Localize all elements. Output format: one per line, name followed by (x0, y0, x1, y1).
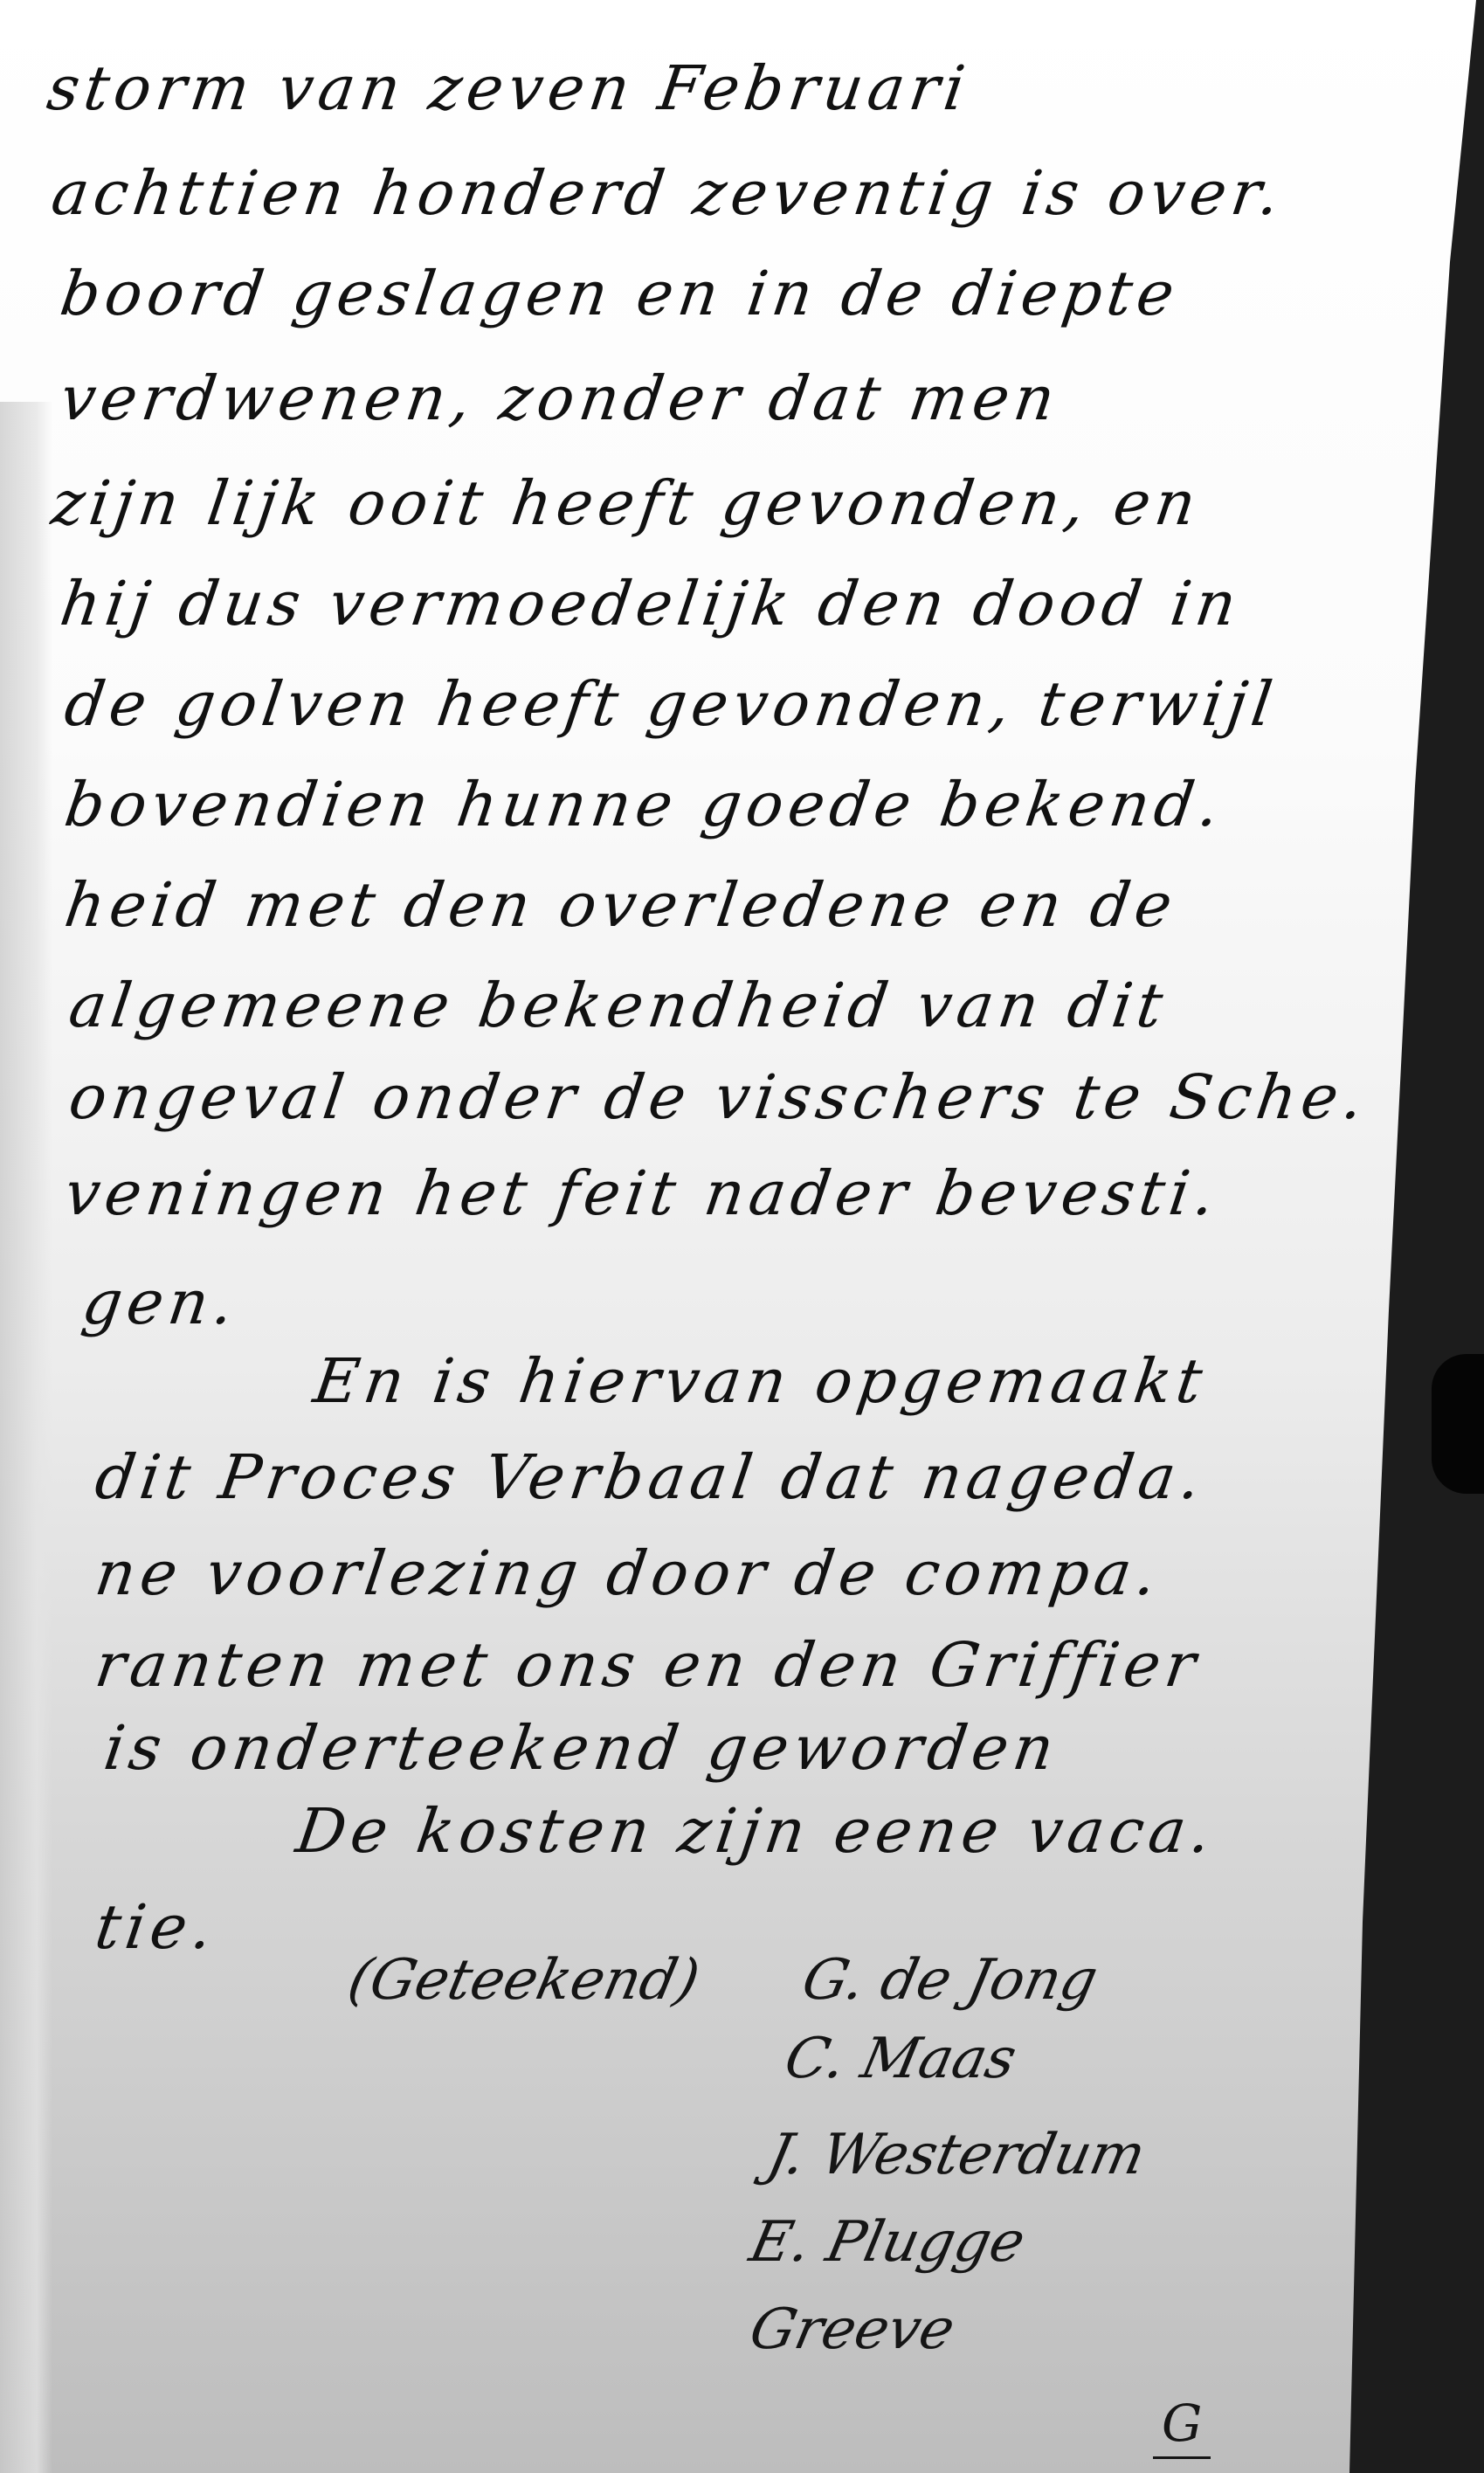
signature-4: E. Plugge (744, 2210, 1031, 2275)
text-line-10: algemeene bekendheid van dit (65, 970, 1172, 1041)
text-line-9: heid met den overledene en de (60, 869, 1182, 941)
background-shadow (1432, 1354, 1484, 1494)
text-line-4: verdwenen, zonder dat men (56, 363, 1064, 434)
signature-5: Greeve (744, 2297, 960, 2362)
text-line-16: ne voorlezing door de compa. (91, 1537, 1166, 1609)
text-line-15: dit Proces Verbaal dat nageda. (91, 1441, 1210, 1513)
page-left-edge (0, 402, 52, 2473)
text-line-12: veningen het feit nader bevesti. (60, 1157, 1224, 1229)
text-line-20: tie. (91, 1891, 222, 1963)
text-line-5: zijn lijk ooit heeft gevonden, en (47, 467, 1205, 539)
signature-1: G. de Jong (797, 1948, 1103, 2013)
document-page: storm van zeven Februari achttien honder… (0, 0, 1484, 2473)
page-mark: G (1153, 2394, 1211, 2459)
text-line-19: De kosten zijn eene vaca. (292, 1795, 1220, 1867)
signed-label: (Geteekend) (342, 1948, 705, 2013)
text-line-7: de golven heeft gevonden, terwijl (60, 668, 1281, 740)
text-line-2: achttien honderd zeventig is over. (47, 157, 1289, 229)
signature-3: J. Westerdum (762, 2123, 1150, 2187)
text-line-3: boord geslagen en in de diepte (56, 258, 1184, 329)
signature-2: C. Maas (779, 2027, 1022, 2091)
text-line-6: hij dus vermoedelijk den dood in (56, 568, 1246, 639)
text-line-8: bovendien hunne goede bekend. (60, 769, 1229, 840)
text-line-18: is onderteekend geworden (100, 1712, 1063, 1784)
text-line-14: En is hiervan opgemaakt (309, 1345, 1211, 1417)
text-line-17: ranten met ons en den Griffier (91, 1629, 1204, 1701)
text-line-11: ongeval onder de visschers te Sche. (65, 1061, 1372, 1133)
text-line-13: gen. (78, 1267, 243, 1338)
text-line-1: storm van zeven Februari (43, 52, 974, 124)
